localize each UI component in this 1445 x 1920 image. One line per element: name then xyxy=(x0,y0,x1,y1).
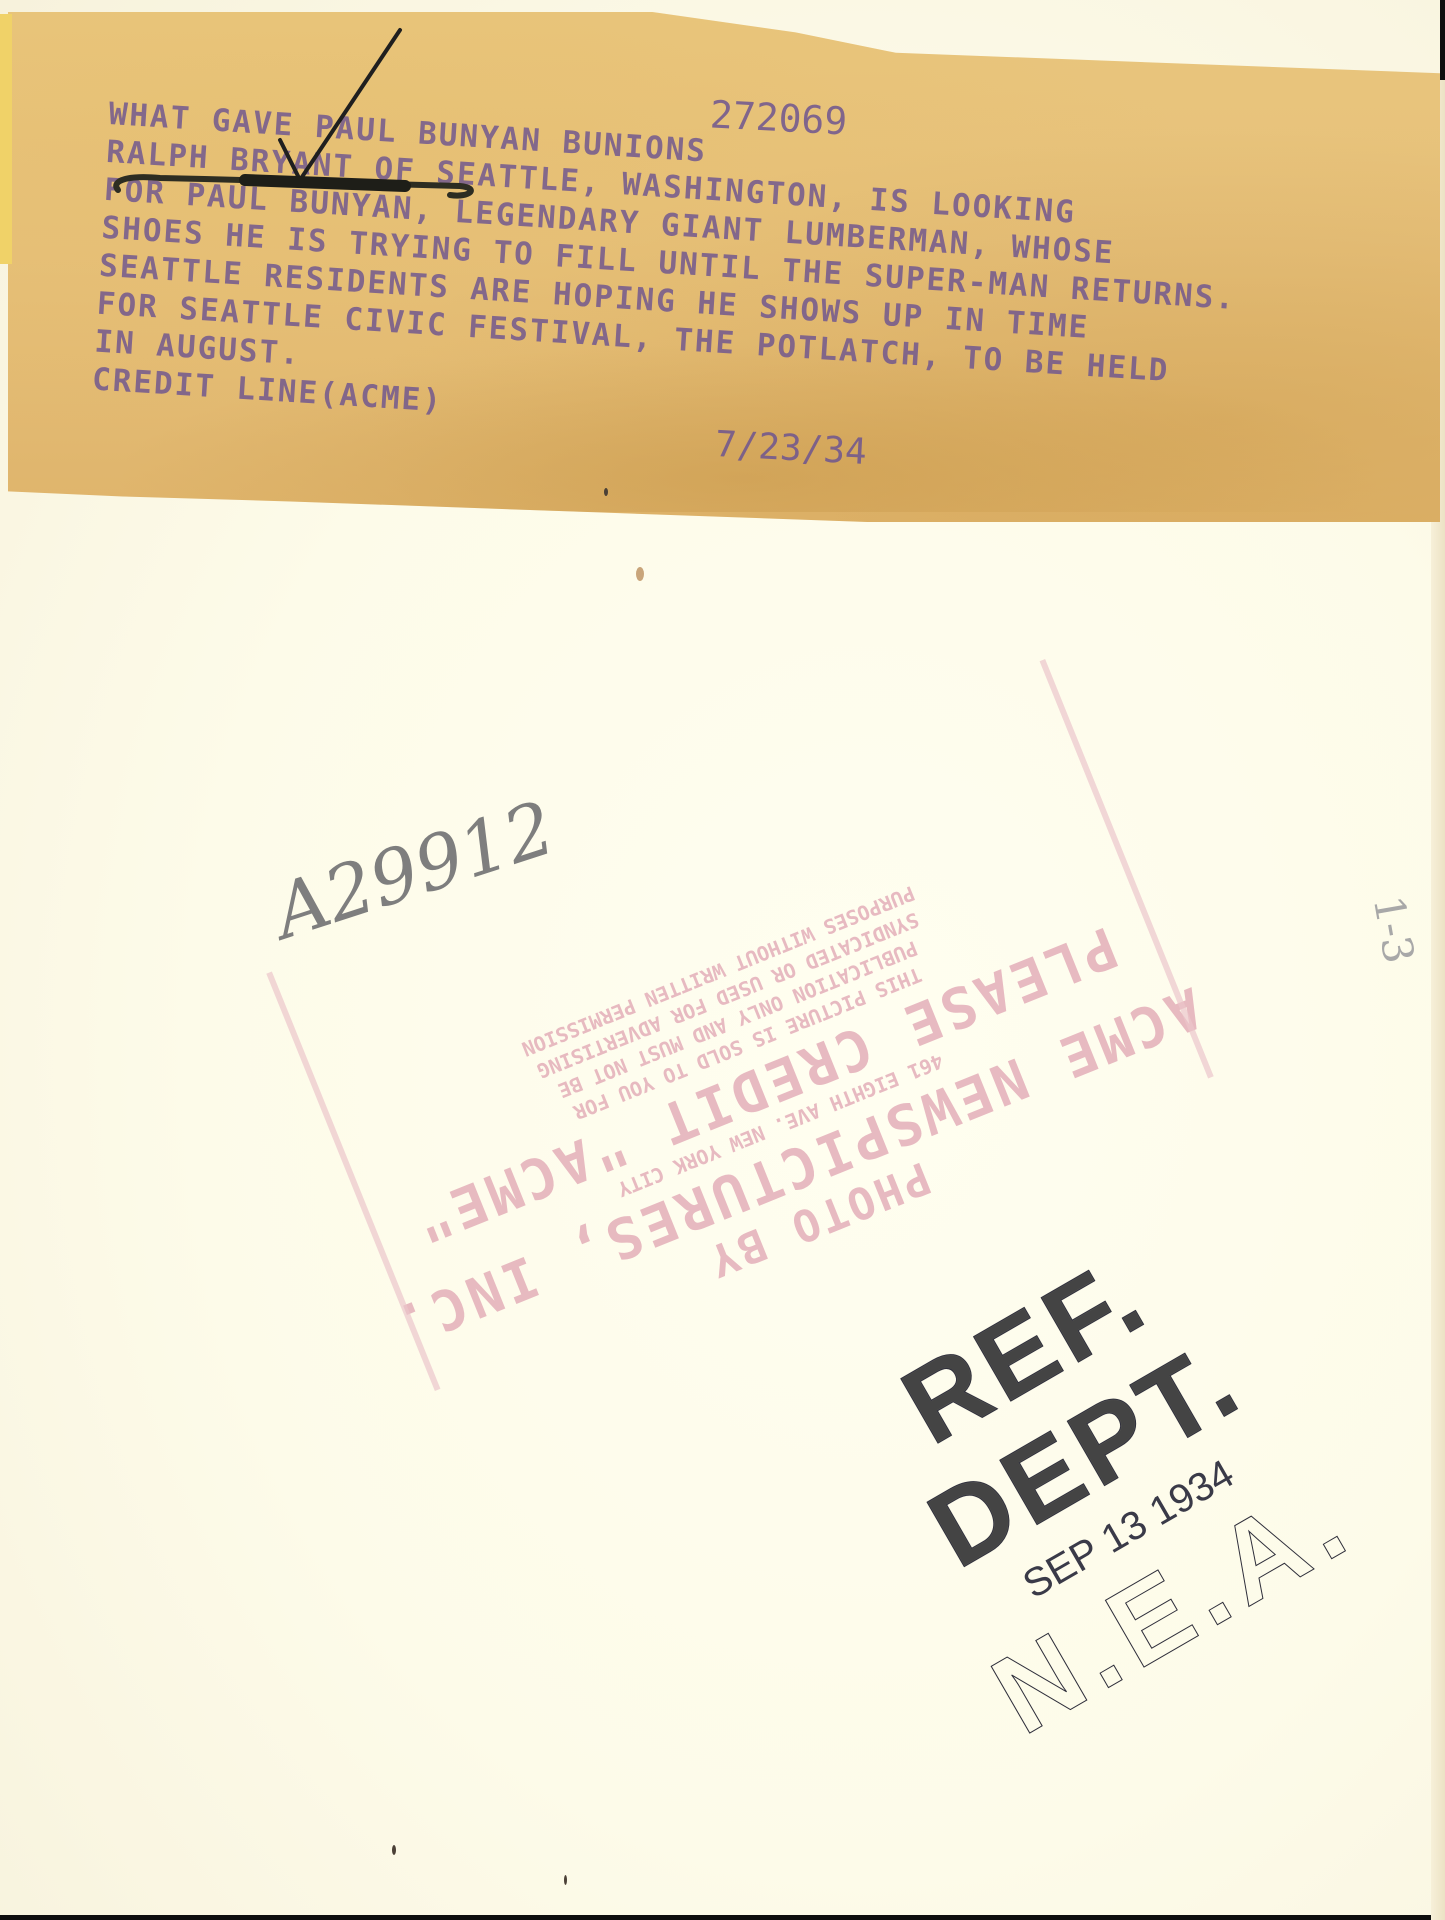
speck xyxy=(604,488,608,496)
pencil-strike-icon xyxy=(0,0,1445,560)
speck xyxy=(564,1875,567,1885)
speck xyxy=(636,567,644,581)
speck xyxy=(392,1845,396,1855)
